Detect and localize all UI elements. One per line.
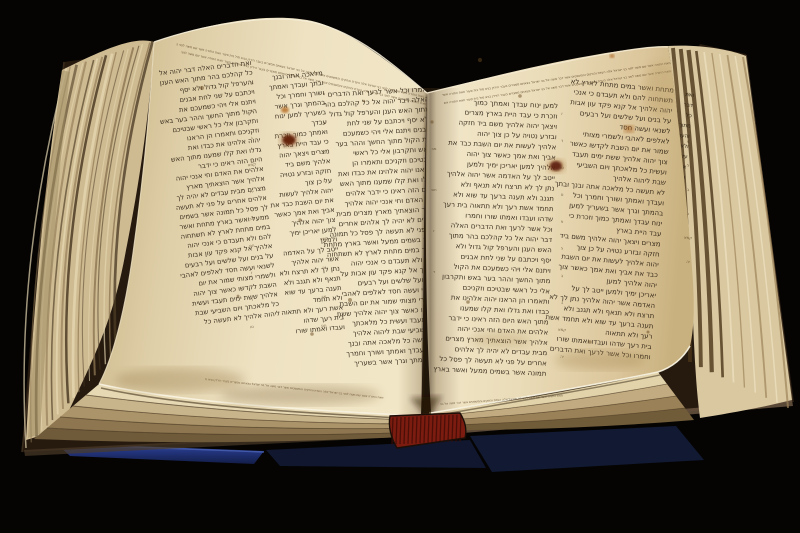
svg-text:ל: ל [323,149,326,154]
svg-text:חס: חס [431,187,437,192]
svg-text:קמא: קמא [247,162,256,168]
svg-text:ל: ל [561,246,564,251]
svg-text:מתוך: מתוך [679,122,692,129]
svg-text:יה: יה [322,265,326,270]
svg-text:יה: יה [250,189,254,194]
svg-text:קמא: קמא [320,236,329,242]
svg-text:מב: מב [321,294,327,299]
photo-canvas: ואתדברכלמתוךוהערפלולאעלאבניםויהיהקולוההר… [0,0,800,533]
svg-text:חס: חס [321,323,327,328]
svg-text:מב: מב [249,216,255,222]
svg-text:קמא: קמא [558,327,567,332]
svg-text:קמא: קמא [684,235,693,241]
svg-text:חס: חס [249,243,255,249]
svg-text:דבר: דבר [683,102,693,109]
svg-text:מב: מב [431,146,436,151]
svg-text:יה: יה [686,259,690,264]
manuscript-photo: ואתדברכלמתוךוהערפלולאעלאבניםויהיהקולוההר… [0,0,800,533]
